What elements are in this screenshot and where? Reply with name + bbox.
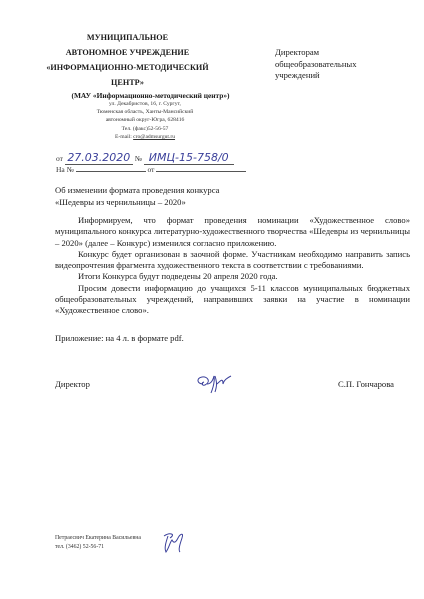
address-line: автономный округ-Югра, 628416 [70, 116, 220, 124]
subject-line: «Шедевры из чернильницы – 2020» [55, 197, 219, 209]
email-link[interactable]: cro@admsurgut.ru [133, 134, 175, 140]
org-line: АВТОНОМНОЕ УЧРЕЖДЕНИЕ [40, 45, 215, 60]
recipient-line: общеобразовательных [275, 59, 357, 71]
email-line: E-mail: cro@admsurgut.ru [70, 133, 220, 141]
recipient-block: Директорам общеобразовательных учреждени… [275, 47, 357, 82]
executor-name: Петраесвич Екатерина Васильевна [55, 534, 141, 543]
date-label: от [56, 154, 63, 163]
executor-phone: тел. (3462) 52-56-71 [55, 543, 141, 552]
executor-block: Петраесвич Екатерина Васильевна тел. (34… [55, 534, 141, 551]
body-paragraph: Просим довести информацию до учащихся 5-… [55, 283, 410, 317]
director-signature-icon [193, 372, 235, 399]
organization-name: МУНИЦИПАЛЬНОЕ АВТОНОМНОЕ УЧРЕЖДЕНИЕ «ИНФ… [40, 30, 215, 90]
address-line: Тел. (факс)52-56-57 [70, 125, 220, 133]
executor-signature-icon [160, 530, 190, 559]
letter-body: Информируем, что формат проведения номин… [55, 215, 410, 317]
ref-number-blank [76, 163, 146, 172]
signatory-name: С.П. Гончарова [338, 379, 394, 389]
org-line: «ИНФОРМАЦИОННО-МЕТОДИЧЕСКИЙ [40, 60, 215, 75]
address-line: Тюменская область, Ханты-Мансийский [70, 108, 220, 116]
reference-line: На № от [56, 163, 246, 174]
subject: Об изменении формата проведения конкурса… [55, 185, 219, 208]
subject-line: Об изменении формата проведения конкурса [55, 185, 219, 197]
attachment-note: Приложение: на 4 л. в формате pdf. [55, 333, 184, 343]
body-paragraph: Информируем, что формат проведения номин… [55, 215, 410, 249]
number-label: № [135, 154, 142, 163]
organization-address: ул. Декабристов, 16, г. Сургут, Тюменска… [70, 100, 220, 141]
recipient-line: учреждений [275, 70, 357, 82]
org-line: МУНИЦИПАЛЬНОЕ [40, 30, 215, 45]
ref-date-blank [156, 163, 246, 172]
email-label: E-mail: [115, 134, 133, 140]
ref-label: На № [56, 165, 74, 174]
organization-short-name: (МАУ «Информационно-методический центр») [58, 91, 243, 100]
recipient-line: Директорам [275, 47, 357, 59]
ref-date-label: от [148, 165, 155, 174]
org-line: ЦЕНТР» [40, 75, 215, 90]
body-paragraph: Итоги Конкурса будут подведены 20 апреля… [55, 271, 410, 282]
address-line: ул. Декабристов, 16, г. Сургут, [70, 100, 220, 108]
document-page: МУНИЦИПАЛЬНОЕ АВТОНОМНОЕ УЧРЕЖДЕНИЕ «ИНФ… [0, 0, 424, 599]
signatory-role: Директор [55, 379, 90, 389]
body-paragraph: Конкурс будет организован в заочной форм… [55, 249, 410, 272]
